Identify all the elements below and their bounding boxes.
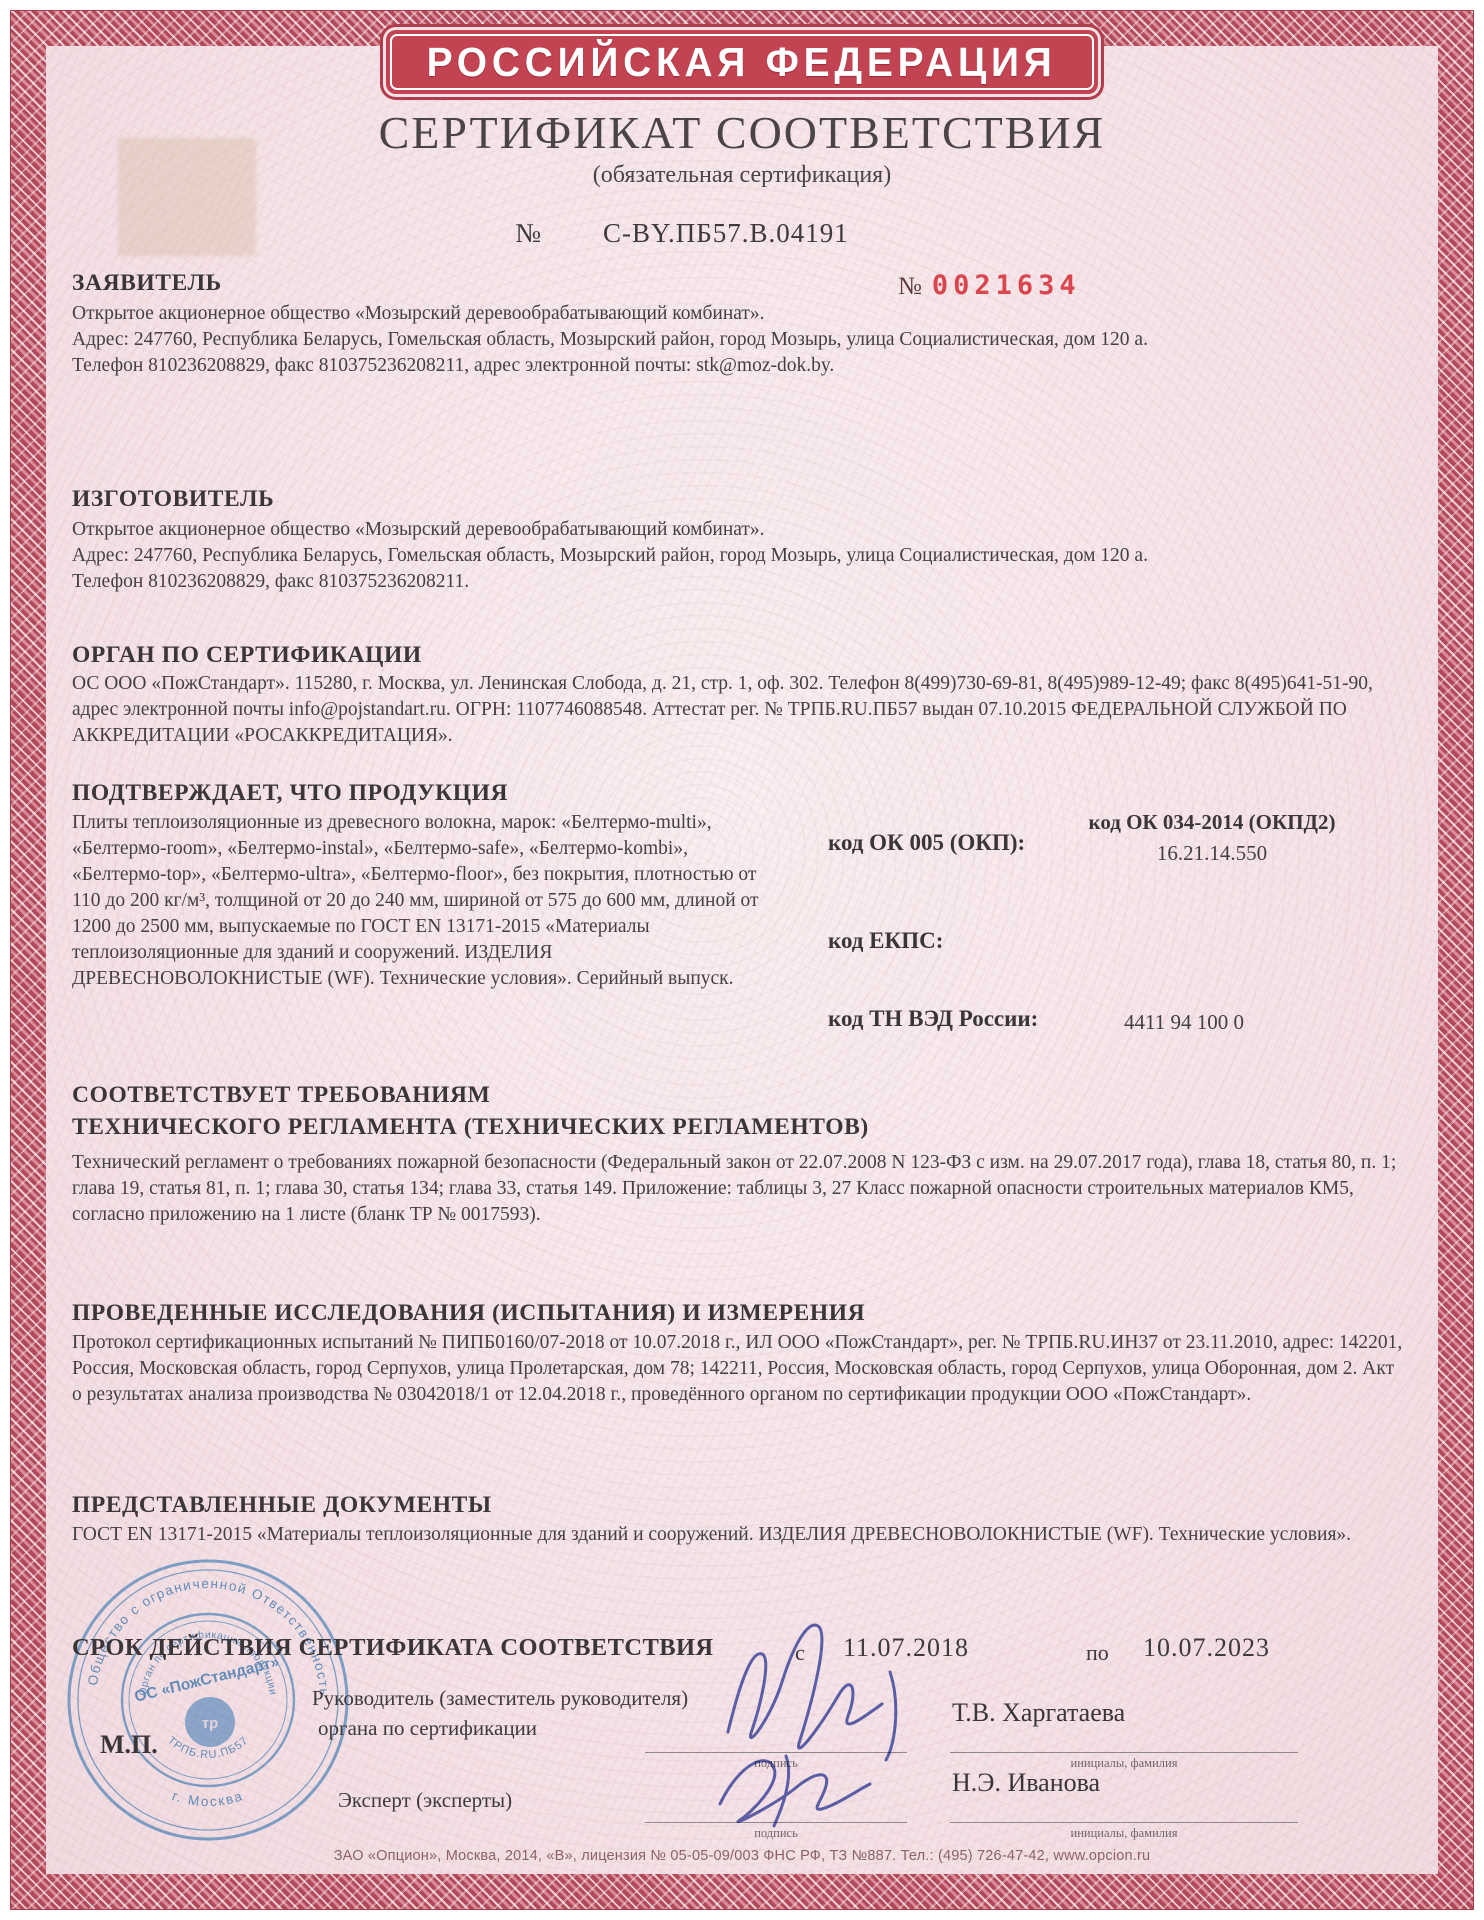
certification-body-text: ОС ООО «ПожСтандарт». 115280, г. Москва,… [72,671,1412,749]
applicant-contacts: Телефон 810236208829, факс 8103752362082… [72,353,1402,379]
research-text: Протокол сертификационных испытаний № ПИ… [72,1330,1408,1408]
certification-body-heading: ОРГАН ПО СЕРТИФИКАЦИИ [72,642,422,669]
manufacturer-address: Адрес: 247760, Республика Беларусь, Гоме… [72,543,1412,569]
blank-number: № 0021634 [898,270,1081,301]
okpd2-code-label: код ОК 034-2014 (ОКПД2) [1036,810,1388,835]
product-description: Плиты теплоизоляционные из древесного во… [72,810,762,991]
applicant-name: Открытое акционерное общество «Мозырский… [72,301,1402,327]
head-role-line1: Руководитель (заместитель руководителя) [312,1686,688,1711]
applicant-heading: ЗАЯВИТЕЛЬ [72,270,222,297]
blank-number-digits: 0021634 [932,270,1081,301]
document-title: СЕРТИФИКАТ СООТВЕТСТВИЯ [0,106,1484,159]
compliance-heading-line2: ТЕХНИЧЕСКОГО РЕГЛАМЕНТА (ТЕХНИЧЕСКИХ РЕГ… [72,1114,869,1141]
okp-code-label: код ОК 005 (ОКП): [828,830,1025,856]
tnved-code-label: код ТН ВЭД России: [828,1006,1038,1032]
compliance-text: Технический регламент о требованиях пожа… [72,1150,1408,1228]
compliance-heading-line1: СООТВЕТСТВУЕТ ТРЕБОВАНИЯМ [72,1082,490,1109]
documents-heading: ПРЕДСТАВЛЕННЫЕ ДОКУМЕНТЫ [72,1492,492,1519]
tnved-code-value: 4411 94 100 0 [1124,1010,1244,1035]
stamp-logo-text: тр [202,1715,219,1732]
applicant-address: Адрес: 247760, Республика Беларусь, Гоме… [72,327,1412,353]
research-heading: ПРОВЕДЕННЫЕ ИССЛЕДОВАНИЯ (ИСПЫТАНИЯ) И И… [72,1300,865,1327]
manufacturer-name: Открытое акционерное общество «Мозырский… [72,517,1402,543]
validity-to-label: по [1086,1640,1109,1666]
validity-to-date: 10.07.2023 [1143,1633,1270,1663]
print-house-footer: ЗАО «Опцион», Москва, 2014, «В», лицензи… [0,1848,1484,1864]
stamp-outer-bottom-text: г. Москва [170,1788,245,1809]
expert-name-line [950,1822,1298,1823]
expert-name-caption: инициалы, фамилия [950,1826,1298,1841]
blank-number-sign: № [898,273,922,301]
okpd2-code-value: 16.21.14.550 [1036,841,1388,866]
svg-text:г. Москва: г. Москва [170,1788,245,1809]
okpd2-code-block: код ОК 034-2014 (ОКПД2) 16.21.14.550 [1036,810,1388,866]
country-badge-label: РОССИЙСКАЯ ФЕДЕРАЦИЯ [427,39,1057,86]
ekps-code-label: код ЕКПС: [828,928,943,954]
documents-text: ГОСТ EN 13171-2015 «Материалы теплоизоля… [72,1522,1402,1548]
manufacturer-heading: ИЗГОТОВИТЕЛЬ [72,486,274,513]
head-role-line2: органа по сертификации [318,1716,537,1741]
stamp-place-label: М.П. [100,1730,158,1760]
manufacturer-contacts: Телефон 810236208829, факс 8103752362082… [72,569,1402,595]
certificate-number-row: № С-BY.ПБ57.В.04191 [0,218,1484,249]
validity-heading: СРОК ДЕЙСТВИЯ СЕРТИФИКАТА СООТВЕТСТВИЯ [72,1634,714,1661]
expert-role: Эксперт (эксперты) [338,1788,512,1813]
certificate-number: С-BY.ПБ57.В.04191 [603,218,849,249]
head-name: Т.В. Харгатаева [952,1698,1125,1728]
expert-name: Н.Э. Иванова [952,1768,1100,1798]
certificate-page: РОССИЙСКАЯ ФЕДЕРАЦИЯ СЕРТИФИКАТ СООТВЕТС… [0,0,1484,1920]
document-subtitle: (обязательная сертификация) [0,162,1484,189]
expert-signature-ink [690,1742,940,1837]
certificate-number-sign: № [515,218,541,249]
head-name-line [950,1752,1298,1753]
product-heading: ПОДТВЕРЖДАЕТ, ЧТО ПРОДУКЦИЯ [72,780,508,807]
country-badge: РОССИЙСКАЯ ФЕДЕРАЦИЯ [386,30,1098,94]
